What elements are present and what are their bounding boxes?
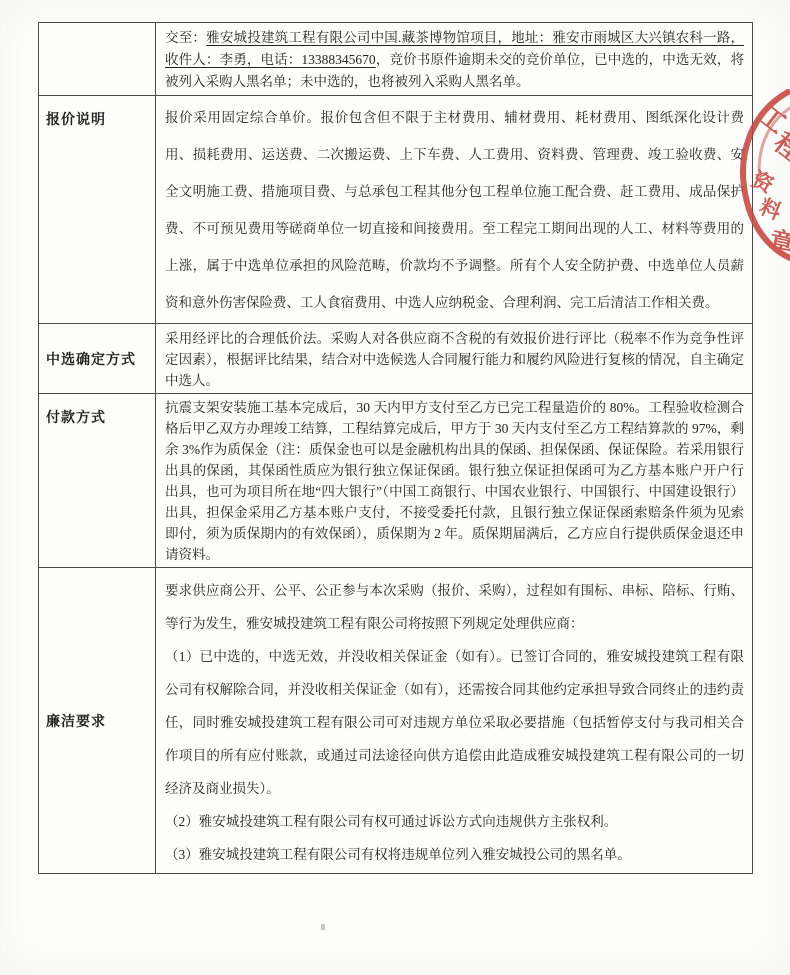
procurement-terms-table: 交至：雅安城投建筑工程有限公司中国.藏茶博物馆项目，地址：雅安市雨城区大兴镇农科… (38, 22, 753, 874)
row-content-cell: 采用经评比的合理低价法。采购人对各供应商不含税的有效报价进行评比（税率不作为竞争… (156, 324, 752, 393)
seal-glyph: 章 (767, 226, 790, 260)
table-row: 报价说明 报价采用固定综合单价。报价包含但不限于主材费用、辅材费用、耗材费用、图… (39, 96, 752, 324)
paragraph: 交至：雅安城投建筑工程有限公司中国.藏茶博物馆项目，地址：雅安市雨城区大兴镇农科… (165, 27, 744, 93)
row-label-cell (39, 23, 156, 95)
row-label-cell: 廉洁要求 (39, 568, 156, 873)
paragraph: 要求供应商公开、公平、公正参与本次采购（报价、采购），过程如有围标、串标、陪标、… (165, 574, 744, 640)
seal-glyph: 料 (756, 194, 784, 224)
table-row: 交至：雅安城投建筑工程有限公司中国.藏茶博物馆项目，地址：雅安市雨城区大兴镇农科… (39, 23, 752, 96)
table-row: 付款方式 抗震支架安装施工基本完成后，30 天内甲方支付至乙方已完工程量造价的 … (39, 394, 752, 568)
paragraph: （1）已中选的，中选无效，并没收相关保证金（如有）。已签订合同的，雅安城投建筑工… (165, 640, 744, 805)
paragraph: 抗震支架安装施工基本完成后，30 天内甲方支付至乙方已完工程量造价的 80%。工… (165, 397, 744, 565)
delivery-clause-prefix: 交至： (165, 30, 206, 45)
row-label-cell: 付款方式 (39, 394, 156, 567)
paragraph: （2）雅安城投建筑工程有限公司有权可通过诉讼方式向违规供方主张权利。 (165, 805, 744, 838)
row-label-cell: 中选确定方式 (39, 324, 156, 393)
cursor-artifact (321, 924, 325, 930)
paragraph: （3）雅安城投建筑工程有限公司有权将违规单位列入雅安城投公司的黑名单。 (165, 838, 744, 871)
row-content-cell: 要求供应商公开、公平、公正参与本次采购（报价、采购），过程如有围标、串标、陪标、… (156, 568, 752, 873)
row-label-selection-method: 中选确定方式 (46, 349, 136, 369)
row-content-cell: 报价采用固定综合单价。报价包含但不限于主材费用、辅材费用、耗材费用、图纸深化设计… (156, 96, 752, 323)
seal-glyph: 程 (768, 126, 790, 167)
table-row: 中选确定方式 采用经评比的合理低价法。采购人对各供应商不含税的有效报价进行评比（… (39, 324, 752, 394)
paragraph: 采用经评比的合理低价法。采购人对各供应商不含税的有效报价进行评比（税率不作为竞争… (165, 328, 744, 391)
row-label-cell: 报价说明 (39, 96, 156, 323)
scanned-document-page: 交至：雅安城投建筑工程有限公司中国.藏茶博物馆项目，地址：雅安市雨城区大兴镇农科… (0, 0, 790, 975)
table-row: 廉洁要求 要求供应商公开、公平、公正参与本次采购（报价、采购），过程如有围标、串… (39, 568, 752, 873)
row-content-cell: 交至：雅安城投建筑工程有限公司中国.藏茶博物馆项目，地址：雅安市雨城区大兴镇农科… (156, 23, 752, 95)
row-label-integrity-requirements: 廉洁要求 (46, 711, 106, 731)
seal-glyph: 工 (752, 99, 790, 139)
row-label-payment-terms: 付款方式 (46, 407, 106, 427)
row-label-quotation-notes: 报价说明 (46, 109, 106, 129)
row-content-cell: 抗震支架安装施工基本完成后，30 天内甲方支付至乙方已完工程量造价的 80%。工… (156, 394, 752, 567)
paragraph: 报价采用固定综合单价。报价包含但不限于主材费用、辅材费用、耗材费用、图纸深化设计… (165, 99, 744, 321)
